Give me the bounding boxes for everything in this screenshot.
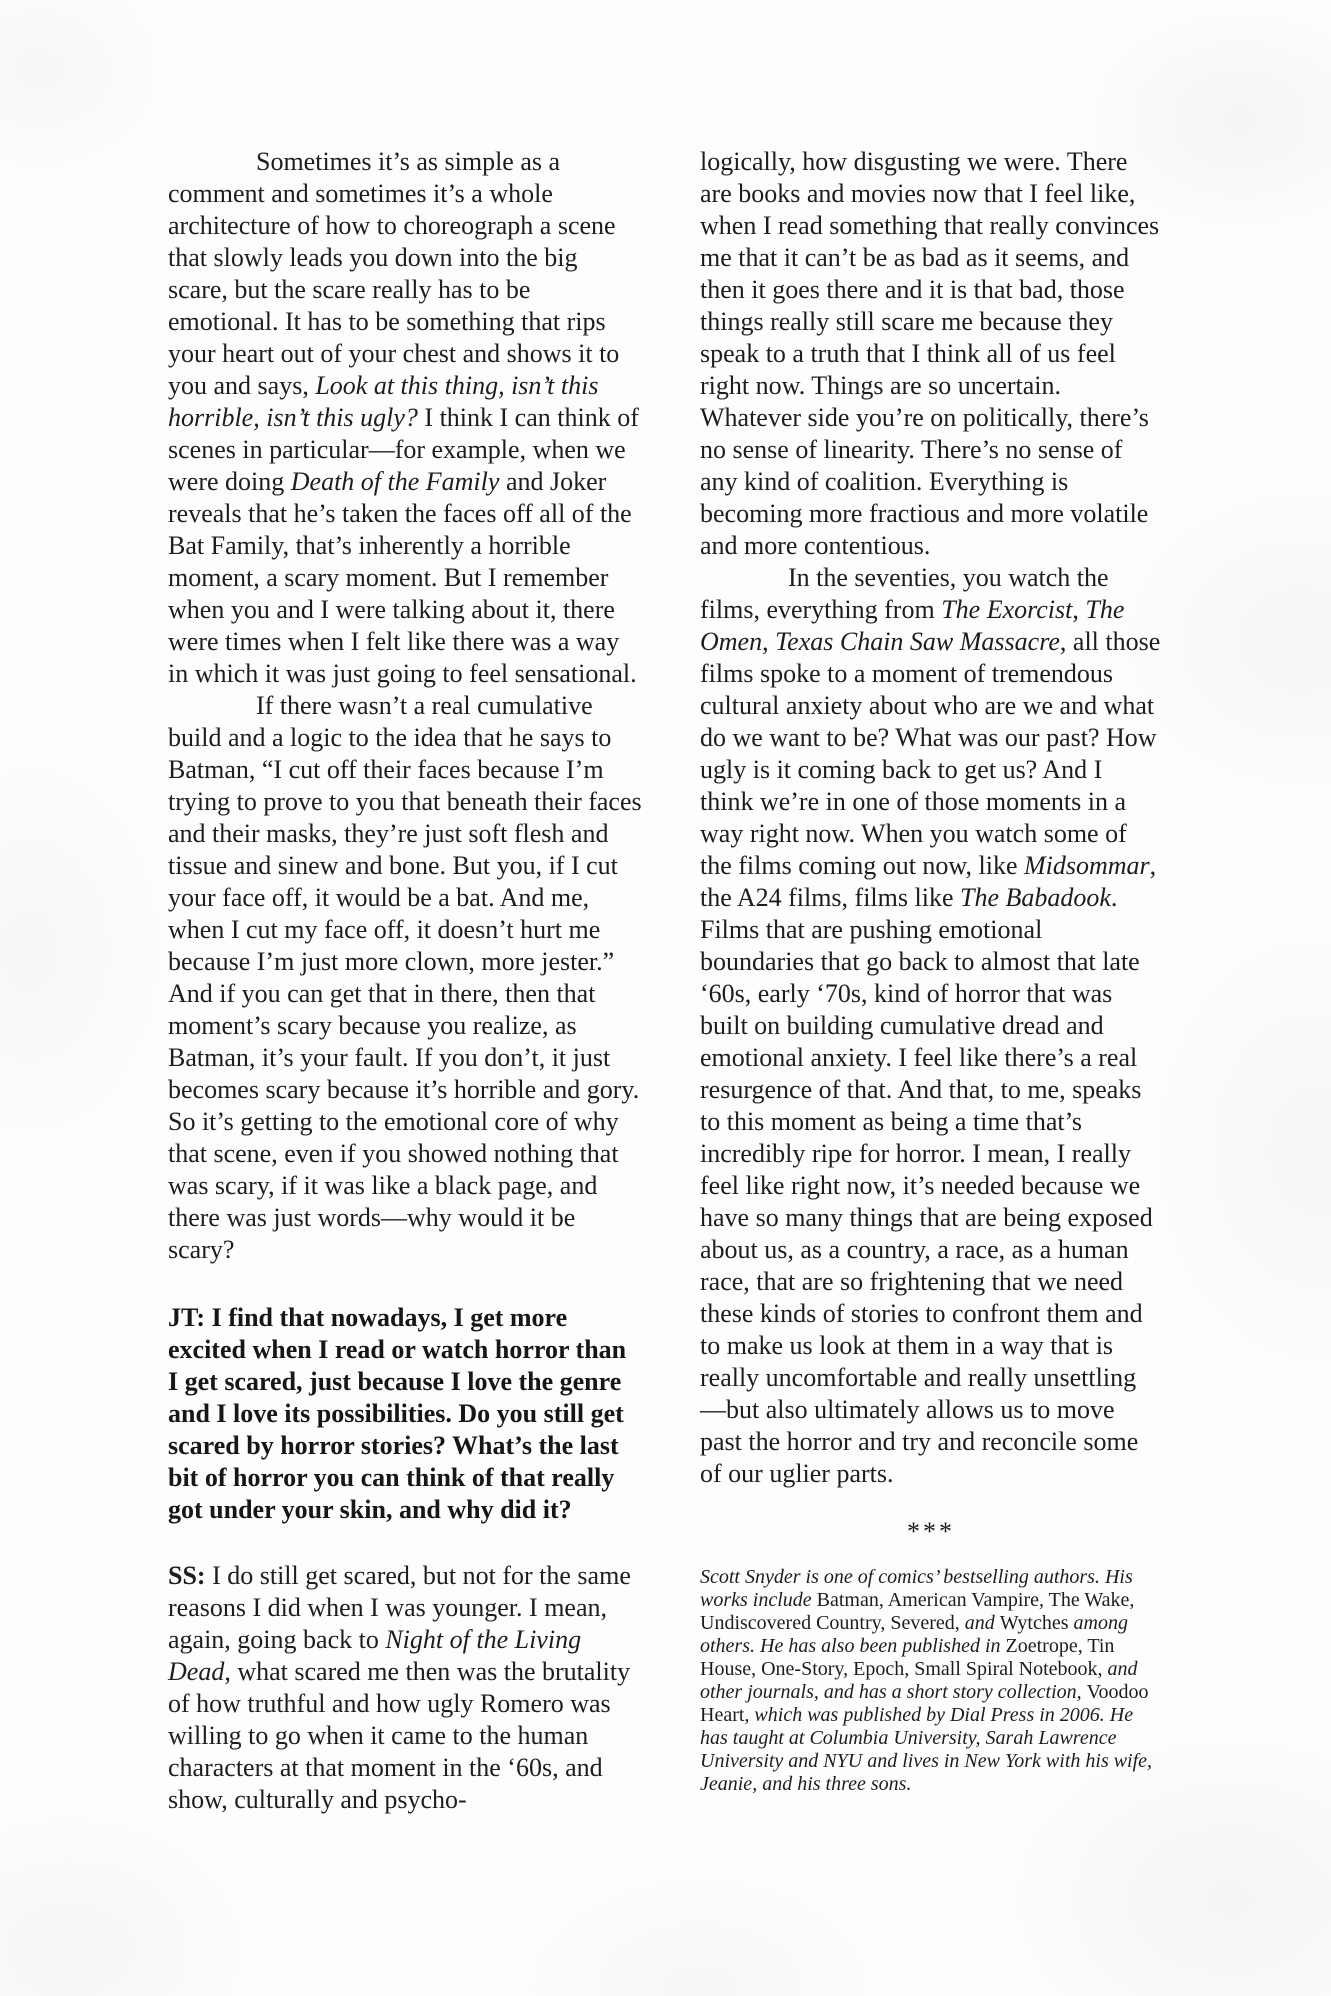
text-run: Texas Chain Saw Massacre [775, 627, 1060, 656]
interviewee-answer: SS: I do still get scared, but not for t… [168, 1560, 642, 1816]
text-run: The Exorcist [941, 595, 1072, 624]
text-run: SS: [168, 1561, 206, 1590]
section-separator: *** [700, 1516, 1162, 1548]
text-run: Wytches [1000, 1612, 1074, 1634]
body-paragraph: In the seventies, you watch the films, e… [700, 562, 1162, 1490]
magazine-interview-page: Sometimes it’s as simple as a comment an… [0, 0, 1331, 1996]
text-run: , all those films spoke to a moment of t… [700, 627, 1160, 880]
body-paragraph: logically, how disgusting we were. There… [700, 146, 1162, 562]
text-run: JT: I find that nowadays, I get more exc… [168, 1303, 626, 1524]
text-run: Sometimes it’s as simple as a comment an… [168, 147, 619, 400]
text-run: , which was published by Dial Press in 2… [700, 1704, 1152, 1795]
left-text-column: Sometimes it’s as simple as a comment an… [168, 146, 642, 1816]
interviewer-question: JT: I find that nowadays, I get more exc… [168, 1302, 642, 1526]
text-run: and Joker reveals that he’s taken the fa… [168, 467, 637, 688]
text-run: , [1072, 595, 1085, 624]
text-run: If there wasn’t a real cumulative build … [168, 691, 642, 1264]
text-run: , what scared me then was the brutality … [168, 1657, 630, 1814]
text-run: The Babadook [960, 883, 1111, 912]
text-run: Midsommar [1024, 851, 1150, 880]
body-paragraph: If there wasn’t a real cumulative build … [168, 690, 642, 1266]
text-run: logically, how disgusting we were. There… [700, 147, 1159, 560]
body-paragraph: Sometimes it’s as simple as a comment an… [168, 146, 642, 690]
right-text-column: logically, how disgusting we were. There… [700, 146, 1162, 1796]
text-run: Death of the Family [291, 467, 500, 496]
text-run: . Films that are pushing emotional bound… [700, 883, 1153, 1488]
author-bio: Scott Snyder is one of comics’ bestselli… [700, 1566, 1162, 1796]
text-run: and [965, 1612, 1000, 1634]
text-run: , [762, 627, 775, 656]
text-run: *** [907, 1517, 955, 1546]
